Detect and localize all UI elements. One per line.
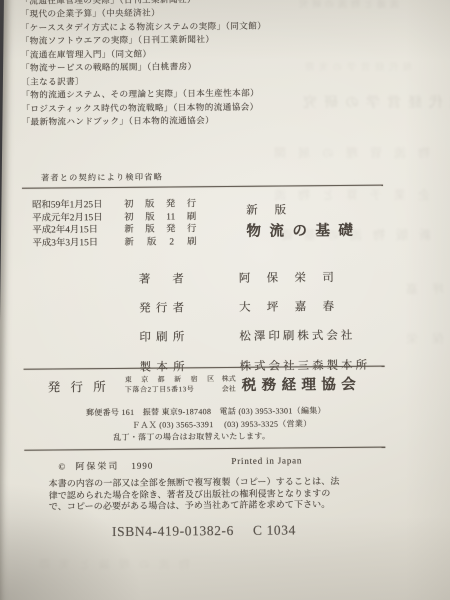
printed-in-japan-label: Printed in Japan bbox=[231, 455, 302, 466]
isbn-number: ISBN4-419-01382-6 bbox=[112, 523, 234, 539]
book-colophon-photo: 流通と物流の研究 現代経営学の実際 現代経営学の研究 物流管理の展開 企業予算と… bbox=[0, 0, 450, 600]
publisher-role-label: 発行所 bbox=[48, 377, 106, 396]
edition-label: 新版発行 bbox=[124, 224, 196, 237]
credit-name: 大坪嘉春 bbox=[239, 298, 334, 315]
copyright-symbol: © bbox=[58, 461, 65, 471]
edition-history-row: 平成3年3月15日新版2刷 bbox=[32, 236, 196, 250]
copyright-holder: 阿保栄司 bbox=[75, 459, 119, 472]
credit-role: 著者 bbox=[139, 270, 184, 286]
credit-row-publisher-person: 発行者大坪嘉春 bbox=[139, 298, 370, 316]
bibliography-entry: 「最新物流ハンドブック」（日本物的流通協会） bbox=[21, 114, 267, 130]
copyright-year: 1990 bbox=[131, 461, 153, 471]
contact-fax-line: ＦＡＸ (03) 3565-3391 (03) 3953-3325（営業） bbox=[132, 418, 311, 431]
c-code: C 1034 bbox=[253, 522, 296, 537]
bibliography-entry: 「ケーススタデイ方式による物流システムの実際」（同文館） bbox=[21, 20, 267, 36]
notice-line: で、コピーの必要がある場合は、予め当社あて許諾を求めて下さい。 bbox=[49, 499, 340, 513]
author-bibliography-list: 「流通在庫管理の実際」（日刊工業新聞社） 「現代の企業予算」（中央経済社） 「ケ… bbox=[20, 0, 267, 129]
publisher-address-line1: 東京都新宿区 bbox=[125, 375, 215, 385]
edition-label: 初版11刷 bbox=[124, 211, 196, 224]
edition-date: 平成3年3月15日 bbox=[32, 237, 122, 250]
credit-row-author: 著者阿保栄司 bbox=[139, 269, 370, 287]
isbn-line: ISBN4-419-01382-6 C 1034 bbox=[112, 522, 296, 540]
seal-omission-note: 著者との契約により検印省略 bbox=[41, 172, 163, 184]
bibliography-entry: 「ロジスティックス時代の物流戦略」（日本物的流通協会） bbox=[21, 100, 267, 116]
reproduction-notice: 本書の内容の一部又は全部を無断で複写複製（コピー）することは、法 律で認められた… bbox=[49, 476, 340, 513]
copyright-line: © 阿保栄司 1990 bbox=[58, 459, 153, 473]
book-edition-label: 新 版 bbox=[246, 201, 361, 218]
edition-label: 初版発行 bbox=[124, 198, 196, 211]
credit-row-printer: 印刷所松澤印刷株式会社 bbox=[139, 327, 370, 345]
credit-name: 株式会社三森製本所 bbox=[240, 356, 371, 373]
edition-date: 平成2年4月15日 bbox=[32, 224, 122, 237]
corp-prefix-bottom: 会社 bbox=[222, 384, 236, 394]
edition-label: 新版2刷 bbox=[124, 236, 196, 249]
publisher-name: 税務経理協会 bbox=[242, 373, 356, 395]
edition-date: 平成元年2月15日 bbox=[32, 212, 122, 225]
credit-role: 発行者 bbox=[139, 300, 184, 316]
contact-postal-phone-line: 郵便番号 161 振替 東京9-187408 電話 (03) 3953-3301… bbox=[86, 405, 326, 418]
credit-name: 阿保栄司 bbox=[239, 269, 334, 286]
printed-page-content: 「流通在庫管理の実際」（日刊工業新聞社） 「現代の企業予算」（中央経済社） 「ケ… bbox=[0, 0, 450, 600]
publisher-row: 発行所 東京都新宿区 下落合2丁目5番13号 株式 会社 税務経理協会 bbox=[48, 373, 356, 397]
corp-prefix-top: 株式 bbox=[222, 375, 236, 385]
edition-date: 昭和59年1月25日 bbox=[32, 199, 122, 212]
book-title: 物流の基礎 bbox=[246, 219, 361, 241]
edition-history: 昭和59年1月25日初版発行 平成元年2月15日初版11刷 平成2年4月15日新… bbox=[32, 198, 196, 250]
publisher-corp-prefix: 株式 会社 bbox=[222, 375, 236, 394]
publisher-address: 東京都新宿区 下落合2丁目5番13号 bbox=[125, 375, 215, 395]
credit-role: 製本所 bbox=[140, 358, 185, 374]
defective-copy-note: 乱丁・落丁の場合はお取替えいたします。 bbox=[113, 431, 270, 443]
divider-rule-top bbox=[22, 185, 383, 190]
credit-name: 松澤印刷株式会社 bbox=[239, 327, 355, 344]
publisher-address-line2: 下落合2丁目5番13号 bbox=[125, 385, 215, 395]
divider-rule-bottom bbox=[24, 447, 385, 452]
book-title-block: 新 版 物流の基礎 bbox=[246, 201, 361, 241]
credits-block: 著者阿保栄司 発行者大坪嘉春 印刷所松澤印刷株式会社 製本所株式会社三森製本所 bbox=[139, 269, 371, 388]
credit-role: 印刷所 bbox=[139, 329, 184, 345]
